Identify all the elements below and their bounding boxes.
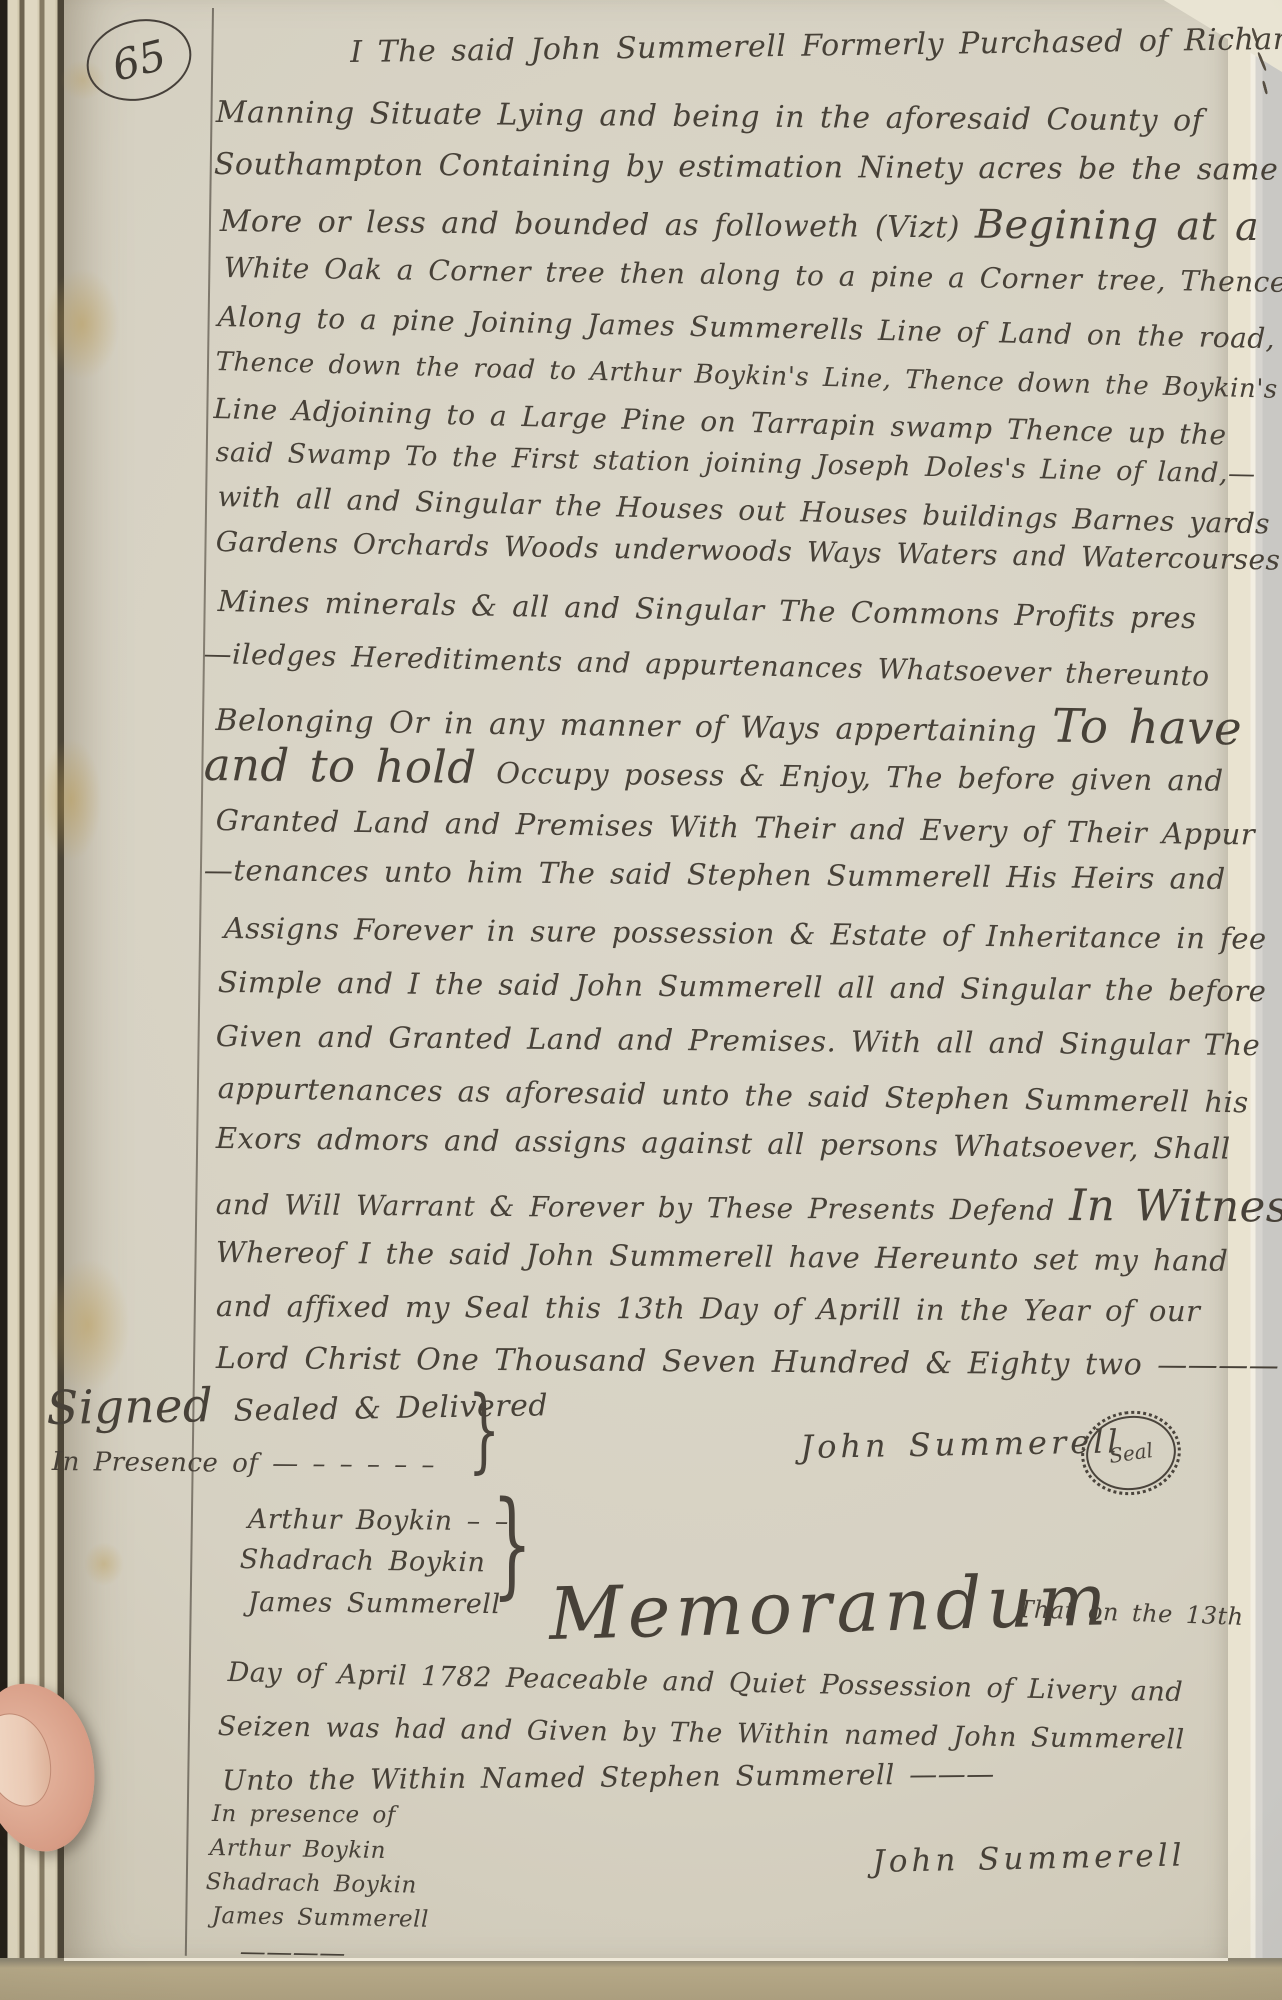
deed-line-20: Given and Granted Land and Premises. Wit…: [216, 1020, 1261, 1062]
text-segment: ————: [239, 1937, 346, 1969]
text-segment: In Witness: [1069, 1181, 1282, 1233]
text-segment: Shadrach Boykin: [240, 1544, 486, 1578]
deed-line-05: White Oak a Corner tree then along to a …: [224, 252, 1282, 298]
thumb-nail: [0, 1704, 63, 1816]
text-segment: }: [492, 1477, 532, 1611]
deed-line-24: Whereof I the said John Summerell have H…: [216, 1236, 1229, 1277]
memo-signature-john-summerell: John Summerell: [872, 1838, 1186, 1879]
deed-line-25: and affixed my Seal this 13th Day of Apr…: [216, 1290, 1201, 1328]
text-segment: I The said John Summerell Formerly Purch…: [350, 22, 1282, 70]
text-segment: James Summerell: [248, 1587, 501, 1620]
deed-line-22: Exors admors and assigns against all per…: [216, 1122, 1231, 1165]
memo-witness-james-summerell: James Summerell: [212, 1904, 430, 1934]
witness-brace: }: [492, 1490, 532, 1599]
text-segment: Simple and I the said John Summerell all…: [218, 965, 1267, 1008]
memo-line-2: Seizen was had and Given by The Within n…: [218, 1712, 1185, 1756]
witness-arthur-boykin: Arthur Boykin – –: [248, 1505, 509, 1538]
text-segment: Assigns Forever in sure possession & Est…: [224, 911, 1267, 956]
seal-label: Seal: [1108, 1438, 1155, 1468]
attestation-brace: }: [468, 1386, 500, 1473]
memo-line-3: Unto the Within Named Stephen Summerell …: [222, 1758, 995, 1796]
in-presence-of-line: In Presence of — – – – – –: [52, 1448, 435, 1480]
memo-in-presence-of: In presence of: [212, 1802, 396, 1829]
witness-shadrach-boykin: Shadrach Boykin: [240, 1545, 486, 1579]
deed-line-23: and Will Warrant & Forever by These Pres…: [216, 1176, 1282, 1232]
text-segment: Whereof I the said John Summerell have H…: [216, 1235, 1229, 1278]
deed-line-03: Southampton Containing by estimation Nin…: [214, 148, 1279, 187]
deed-line-13: —iledges Hereditiments and appurtenances…: [203, 638, 1210, 692]
text-segment: Southampton Containing by estimation Nin…: [214, 147, 1279, 188]
text-segment: In presence of: [212, 1801, 396, 1829]
deed-line-18: Assigns Forever in sure possession & Est…: [224, 912, 1267, 955]
text-segment: Manning Situate Lying and being in the a…: [216, 95, 1204, 139]
text-segment: Occupy posess & Enjoy, The before given …: [496, 756, 1224, 798]
deed-line-06: Along to a pine Joining James Summerells…: [217, 301, 1275, 355]
text-segment: Sealed & Delivered: [233, 1388, 548, 1428]
text-segment: Along to a pine Joining James Summerells…: [217, 300, 1275, 355]
text-segment: Granted Land and Premises With Their and…: [216, 803, 1256, 852]
text-segment: Signed: [46, 1378, 234, 1435]
deed-line-16: Granted Land and Premises With Their and…: [216, 804, 1256, 851]
text-segment: —tenances unto him The said Stephen Summ…: [204, 853, 1226, 896]
text-segment: —iledges Hereditiments and appurtenances…: [203, 637, 1210, 693]
memo-witness-shadrach-boykin: Shadrach Boykin: [206, 1870, 417, 1899]
text-segment: Begining at a: [975, 202, 1260, 250]
deed-text-container: I The said John Summerell Formerly Purch…: [0, 0, 1282, 2000]
deed-line-19: Simple and I the said John Summerell all…: [218, 966, 1267, 1008]
witness-james-summerell: James Summerell: [248, 1588, 501, 1620]
text-segment: Arthur Boykin: [210, 1835, 387, 1864]
text-segment: }: [468, 1376, 500, 1483]
deed-line-12: Mines minerals & all and Singular The Co…: [217, 585, 1196, 635]
text-segment: and Will Warrant & Forever by These Pres…: [216, 1188, 1070, 1227]
text-segment: James Summerell: [212, 1903, 430, 1933]
text-segment: Given and Granted Land and Premises. Wit…: [216, 1019, 1261, 1062]
deed-line-04: More or less and bounded as followeth (V…: [220, 196, 1260, 249]
text-segment: Day of April 1782 Peaceable and Quiet Po…: [227, 1657, 1183, 1708]
text-segment: Mines minerals & all and Singular The Co…: [217, 584, 1196, 635]
signature-john-summerell: John Summerell: [800, 1424, 1122, 1465]
text-segment: and to hold: [203, 738, 496, 794]
manuscript-photo: 65 I The said John Summerell Formerly Pu…: [0, 0, 1282, 2000]
text-segment: To have: [1052, 699, 1243, 756]
text-segment: In Presence of — – – – – –: [52, 1447, 435, 1480]
text-segment: appurtenances as aforesaid unto the said…: [218, 1071, 1249, 1119]
text-segment: Exors admors and assigns against all per…: [216, 1121, 1231, 1166]
memo-flourish: ————: [239, 1938, 345, 1969]
deed-line-15: and to hold Occupy posess & Enjoy, The b…: [203, 740, 1223, 801]
text-segment: and affixed my Seal this 13th Day of Apr…: [216, 1289, 1201, 1328]
text-segment: White Oak a Corner tree then along to a …: [224, 251, 1282, 299]
deed-line-17: —tenances unto him The said Stephen Summ…: [204, 854, 1226, 895]
deed-line-21: appurtenances as aforesaid unto the said…: [218, 1072, 1249, 1119]
text-segment: Arthur Boykin – –: [248, 1504, 509, 1537]
text-segment: Shadrach Boykin: [206, 1869, 417, 1899]
deed-line-01: I The said John Summerell Formerly Purch…: [350, 23, 1282, 70]
text-segment: More or less and bounded as followeth (V…: [220, 204, 975, 246]
text-segment: John Summerell: [872, 1837, 1186, 1880]
text-segment: Unto the Within Named Stephen Summerell …: [222, 1757, 995, 1797]
text-segment: Seizen was had and Given by The Within n…: [218, 1711, 1185, 1755]
text-segment: John Summerell: [800, 1422, 1122, 1466]
memo-witness-arthur-boykin: Arthur Boykin: [210, 1836, 387, 1865]
memo-line-1: Day of April 1782 Peaceable and Quiet Po…: [227, 1658, 1183, 1708]
deed-line-02: Manning Situate Lying and being in the a…: [216, 96, 1204, 138]
